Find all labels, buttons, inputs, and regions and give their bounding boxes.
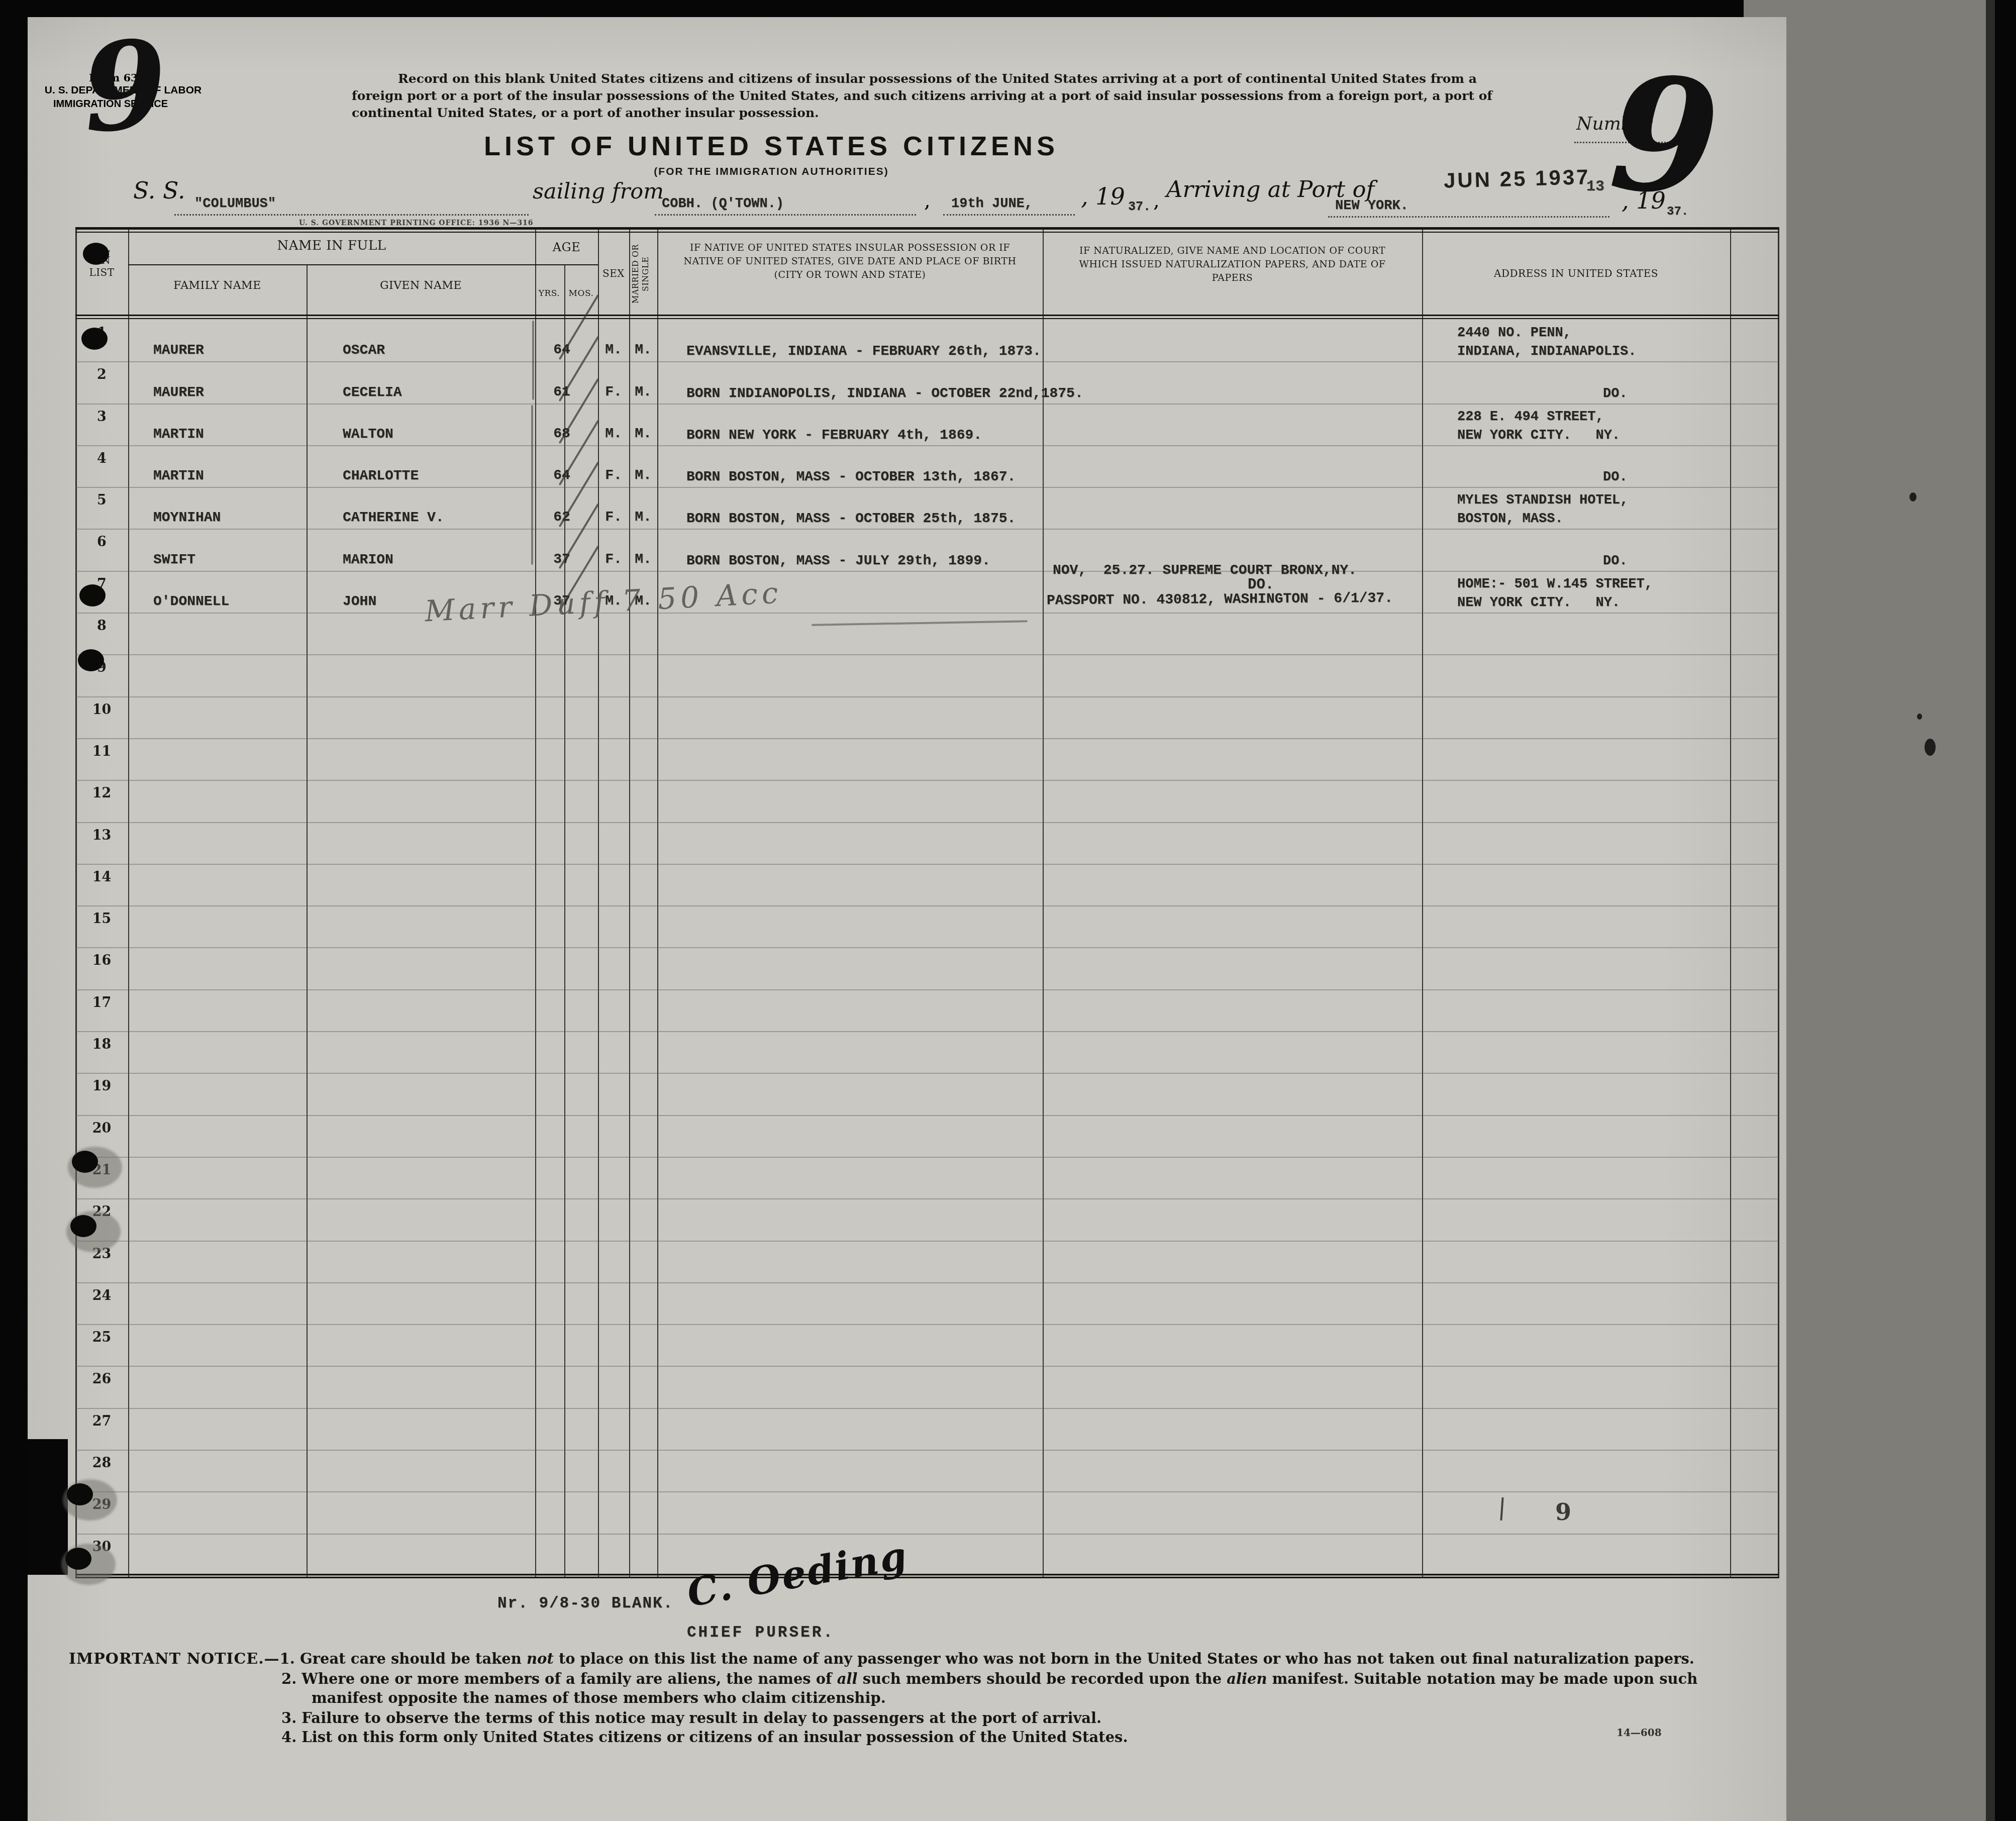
departure-underline	[655, 214, 916, 216]
cell-sex: F.	[598, 362, 629, 403]
cell-birth	[657, 739, 1043, 780]
table-row-number: 4	[75, 446, 128, 487]
cell-birth-value: BORN BOSTON, MASS - JULY 29th, 1899.	[686, 553, 990, 569]
table-row: 30	[75, 1535, 1779, 1576]
cell-birth	[657, 1325, 1043, 1366]
cell-birth	[657, 948, 1043, 989]
cell-extra	[1730, 655, 1779, 696]
cell-address	[1422, 865, 1730, 905]
cell-married-single	[629, 906, 657, 947]
cell-extra	[1730, 1492, 1779, 1533]
cell-sex	[598, 1242, 629, 1282]
page-title: LIST OF UNITED STATES CITIZENS	[457, 131, 1085, 162]
table-row-number: 2	[75, 362, 128, 403]
cell-naturalization	[1043, 362, 1422, 403]
table-rows: 1MAUREROSCAR64M.M.EVANSVILLE, INDIANA - …	[75, 321, 1779, 1576]
cell-married-single-value: M.	[635, 342, 652, 358]
cell-address	[1422, 1409, 1730, 1450]
cell-address	[1422, 739, 1730, 780]
cell-family-name-value: MAURER	[153, 343, 204, 359]
cell-given-name	[307, 906, 535, 947]
cell-given-name-value: OSCAR	[343, 343, 385, 359]
header-birth: IF NATIVE OF UNITED STATES INSULAR POSSE…	[672, 241, 1028, 282]
table-row: 17	[75, 990, 1779, 1032]
cell-given-name	[307, 823, 535, 864]
cell-given-name-value: CHARLOTTE	[343, 468, 419, 484]
table-row: 4MARTINCHARLOTTE64F.M.BORN BOSTON, MASS …	[75, 446, 1779, 488]
cell-naturalization	[1043, 948, 1422, 989]
table-row-number: 10	[75, 697, 128, 738]
cell-sex-value: F.	[605, 384, 622, 400]
cell-family-name	[128, 1283, 307, 1324]
cell-sex	[598, 1451, 629, 1491]
cell-sex-value: F.	[605, 552, 622, 568]
cell-married-single: M.	[629, 488, 657, 529]
header-mid-rule	[128, 264, 598, 265]
cell-address	[1422, 1283, 1730, 1324]
cell-naturalization	[1043, 321, 1422, 361]
punch-hole	[67, 1483, 93, 1505]
cell-given-name-value: WALTON	[343, 427, 393, 443]
cell-age-mos	[564, 1199, 598, 1240]
notice-item: 3. Failure to observe the terms of this …	[281, 1708, 1101, 1728]
punch-hole	[78, 649, 104, 671]
header-naturalization: IF NATURALIZED, GIVE NAME AND LOCATION O…	[1063, 244, 1402, 285]
cell-given-name	[307, 1074, 535, 1115]
cell-birth: BORN BOSTON, MASS - OCTOBER 25th, 1875.	[657, 488, 1043, 529]
cell-sex	[598, 1074, 629, 1115]
cell-given-name: WALTON	[307, 404, 535, 445]
table-row: 12	[75, 781, 1779, 823]
cell-naturalization	[1043, 781, 1422, 822]
cell-family-name	[128, 614, 307, 654]
cell-age-mos	[564, 1158, 598, 1198]
cell-extra	[1730, 906, 1779, 947]
table-row: 20	[75, 1116, 1779, 1158]
cell-given-name: MARION	[307, 530, 535, 570]
table-row-number: 18	[75, 1032, 128, 1073]
cell-family-name	[128, 1409, 307, 1450]
cell-sex	[598, 1492, 629, 1533]
cell-family-name-value: MOYNIHAN	[153, 510, 221, 526]
header-sex: SEX	[598, 267, 629, 279]
cell-sex-value: M.	[605, 342, 622, 358]
table-row-number: 25	[75, 1325, 128, 1366]
cell-birth-value: BORN BOSTON, MASS - OCTOBER 25th, 1875.	[686, 511, 1016, 527]
table-row-number: 26	[75, 1367, 128, 1407]
cell-extra	[1730, 1074, 1779, 1115]
cell-extra	[1730, 948, 1779, 989]
cell-family-name: MAURER	[128, 321, 307, 361]
cell-family-name	[128, 865, 307, 905]
cell-given-name-value: CECELIA	[343, 385, 402, 401]
cell-given-name	[307, 1367, 535, 1407]
header-bottom-rule-2	[75, 318, 1779, 319]
cell-address-value: BOSTON, MASS.	[1457, 510, 1563, 529]
table-row: 3MARTINWALTON68M.M.BORN NEW YORK - FEBRU…	[75, 404, 1779, 446]
table-bottom-rule-2	[75, 1577, 1779, 1578]
notice-text: 4. List on this form only United States …	[281, 1729, 1128, 1746]
table-row: 21	[75, 1158, 1779, 1199]
header-married-or-single: MARRIED OR SINGLE	[631, 236, 657, 312]
cell-address	[1422, 1492, 1730, 1533]
cell-sex	[598, 781, 629, 822]
cell-birth	[657, 906, 1043, 947]
cell-address: MYLES STANDISH HOTEL,BOSTON, MASS.	[1422, 488, 1730, 529]
cell-age-mos	[564, 655, 598, 696]
header-given-name: GIVEN NAME	[307, 279, 535, 292]
cell-married-single	[629, 823, 657, 864]
cell-address	[1422, 614, 1730, 654]
cell-given-name	[307, 1116, 535, 1157]
cell-birth-value: BORN NEW YORK - FEBRUARY 4th, 1869.	[686, 428, 982, 444]
cell-naturalization	[1043, 1283, 1422, 1324]
cell-married-single	[629, 1158, 657, 1198]
comma-2: ,	[1153, 189, 1160, 212]
notice-text: all	[837, 1670, 858, 1687]
cell-address	[1422, 1535, 1730, 1575]
cell-naturalization	[1043, 1116, 1422, 1157]
cell-age-mos	[564, 1074, 598, 1115]
cell-birth	[657, 1158, 1043, 1198]
cell-birth	[657, 1242, 1043, 1282]
cell-birth	[657, 1074, 1043, 1115]
comma-1: ,	[924, 189, 931, 212]
cell-family-name	[128, 655, 307, 696]
cell-family-name	[128, 1492, 307, 1533]
cell-age-mos	[564, 1325, 598, 1366]
cell-family-name	[128, 948, 307, 989]
cell-age-mos	[564, 865, 598, 905]
cell-given-name	[307, 1242, 535, 1282]
table-row-number: 11	[75, 739, 128, 780]
cell-address	[1422, 1116, 1730, 1157]
ship-underline	[174, 214, 529, 216]
cell-naturalization	[1043, 446, 1422, 487]
table-row-number: 8	[75, 614, 128, 654]
cell-given-name-value: JOHN	[343, 594, 376, 610]
table-row-number: 19	[75, 1074, 128, 1115]
cell-address	[1422, 1158, 1730, 1198]
cell-naturalization	[1043, 1242, 1422, 1282]
table-row-number: 27	[75, 1409, 128, 1450]
cell-age-mos	[564, 1535, 598, 1575]
notice-item: IMPORTANT NOTICE.—1. Great care should b…	[69, 1649, 1694, 1669]
cell-address: 2440 NO. PENN,INDIANA, INDIANAPOLIS.	[1422, 321, 1730, 361]
cell-family-name-value: SWIFT	[153, 552, 195, 568]
table-row-number: 5	[75, 488, 128, 529]
departure-port: COBH. (Q'TOWN.)	[662, 196, 784, 212]
cell-given-name	[307, 990, 535, 1031]
cell-birth	[657, 1199, 1043, 1240]
cell-extra	[1730, 823, 1779, 864]
cell-birth	[657, 614, 1043, 654]
cell-extra	[1730, 572, 1779, 613]
cell-sex	[598, 1367, 629, 1407]
cell-family-name	[128, 697, 307, 738]
cell-given-name	[307, 655, 535, 696]
cell-extra	[1730, 614, 1779, 654]
cell-birth	[657, 1409, 1043, 1450]
table-top-rule	[75, 227, 1779, 230]
cell-married-single: M.	[629, 404, 657, 445]
cell-sex	[598, 1535, 629, 1575]
cell-given-name	[307, 1199, 535, 1240]
cell-address: DO.	[1422, 530, 1730, 570]
cell-given-name	[307, 1158, 535, 1198]
table-row: 1MAUREROSCAR64M.M.EVANSVILLE, INDIANA - …	[75, 321, 1779, 362]
cell-given-name	[307, 1283, 535, 1324]
cell-sex: F.	[598, 488, 629, 529]
punch-hole	[79, 584, 106, 606]
table-row: 19	[75, 1074, 1779, 1116]
cell-married-single-value: M.	[635, 384, 652, 400]
page-subtitle: (FOR THE IMMIGRATION AUTHORITIES)	[457, 166, 1085, 178]
cell-married-single	[629, 1451, 657, 1491]
cell-address	[1422, 781, 1730, 822]
date-underline	[943, 214, 1075, 216]
table-row: 6SWIFTMARION37F.M.BORN BOSTON, MASS - JU…	[75, 530, 1779, 571]
cell-sex	[598, 1158, 629, 1198]
cell-address	[1422, 1367, 1730, 1407]
notice-label: IMPORTANT NOTICE.—	[69, 1650, 280, 1668]
cell-family-name	[128, 1451, 307, 1491]
cell-age-mos	[564, 948, 598, 989]
cell-address	[1422, 1032, 1730, 1073]
cell-address	[1422, 990, 1730, 1031]
cell-married-single	[629, 655, 657, 696]
naturalization-passport-line: PASSPORT NO. 430812, WASHINGTON - 6/1/37…	[1047, 591, 1393, 610]
cell-married-single: M.	[629, 446, 657, 487]
cell-age-mos	[564, 1032, 598, 1073]
cell-sex	[598, 1199, 629, 1240]
cell-given-name: CHARLOTTE	[307, 446, 535, 487]
printing-office-note: U. S. GOVERNMENT PRINTING OFFICE: 1936 N…	[299, 219, 534, 227]
notice-item: 4. List on this form only United States …	[281, 1728, 1128, 1747]
table-row: 7O'DONNELLJOHN37M.M.HOME:- 501 W.145 STR…	[75, 572, 1779, 614]
cell-extra	[1730, 1409, 1779, 1450]
cell-extra	[1730, 1158, 1779, 1198]
notice-text: 3. Failure to observe the terms of this …	[281, 1709, 1101, 1727]
bottom-stamp-number: 9	[1555, 1498, 1571, 1526]
pencil-bracket-1	[532, 321, 534, 400]
cell-address	[1422, 906, 1730, 947]
cell-extra	[1730, 1325, 1779, 1366]
table-row: 13	[75, 823, 1779, 865]
cell-naturalization	[1043, 1158, 1422, 1198]
cell-address	[1422, 948, 1730, 989]
cell-family-name: O'DONNELL	[128, 572, 307, 613]
cell-birth-value: EVANSVILLE, INDIANA - FEBRUARY 26th, 187…	[686, 344, 1041, 360]
notice-text: to place on this list the name of any pa…	[554, 1650, 1694, 1667]
cell-age-mos	[564, 906, 598, 947]
table-row: 5MOYNIHANCATHERINE V.62F.M.BORN BOSTON, …	[75, 488, 1779, 530]
cell-birth: BORN BOSTON, MASS - JULY 29th, 1899.	[657, 530, 1043, 570]
cell-sex: F.	[598, 530, 629, 570]
cell-age-mos	[564, 1451, 598, 1491]
cell-family-name	[128, 1074, 307, 1115]
cell-given-name	[307, 1492, 535, 1533]
punch-hole	[81, 328, 108, 350]
cell-naturalization	[1043, 739, 1422, 780]
cell-married-single-value: M.	[635, 510, 652, 526]
cell-married-single	[629, 1116, 657, 1157]
cell-extra	[1730, 446, 1779, 487]
cell-married-single-value: M.	[635, 552, 652, 568]
cell-sex	[598, 614, 629, 654]
cell-age-mos	[564, 1283, 598, 1324]
departure-year-printed: , 19	[1081, 183, 1125, 210]
cell-married-single-value: M.	[635, 468, 652, 484]
table-row: 9	[75, 655, 1779, 697]
cell-married-single	[629, 1242, 657, 1282]
cell-sex	[598, 1032, 629, 1073]
cell-family-name: MARTIN	[128, 404, 307, 445]
table-row-number: 6	[75, 530, 128, 570]
table-row-number: 12	[75, 781, 128, 822]
cell-naturalization	[1043, 906, 1422, 947]
cell-married-single	[629, 1199, 657, 1240]
cell-family-name-value: O'DONNELL	[153, 594, 229, 610]
notice-text: 1. Great care should be taken	[280, 1650, 527, 1667]
cell-given-name	[307, 1451, 535, 1491]
signature-title: CHIEF PURSER.	[687, 1625, 835, 1641]
cell-given-name: CECELIA	[307, 362, 535, 403]
cell-age-mos	[564, 739, 598, 780]
cell-address: DO.	[1422, 446, 1730, 487]
cell-sex	[598, 990, 629, 1031]
cell-birth	[657, 1367, 1043, 1407]
cell-naturalization	[1043, 1451, 1422, 1491]
cell-age-mos	[564, 1116, 598, 1157]
cell-extra	[1730, 1451, 1779, 1491]
cell-naturalization	[1043, 697, 1422, 738]
cell-address-value: DO.	[1603, 385, 1628, 403]
notice-text: not	[527, 1650, 554, 1667]
table-row-number: 15	[75, 906, 128, 947]
table-row: 28	[75, 1451, 1779, 1492]
table-row-number: 14	[75, 865, 128, 905]
table-row: 16	[75, 948, 1779, 990]
cell-address	[1422, 1074, 1730, 1115]
cell-address	[1422, 1242, 1730, 1282]
punch-hole	[70, 1215, 96, 1237]
cell-family-name	[128, 1116, 307, 1157]
cell-address-value: INDIANA, INDIANAPOLIS.	[1457, 343, 1636, 361]
cell-naturalization	[1043, 865, 1422, 905]
cell-given-name-value: CATHERINE V.	[343, 510, 444, 526]
cell-address-value: 228 E. 494 STREET,	[1457, 408, 1604, 427]
cell-birth	[657, 781, 1043, 822]
ship-name: "COLUMBUS"	[194, 196, 276, 212]
cell-sex	[598, 948, 629, 989]
cell-naturalization	[1043, 1535, 1422, 1575]
cell-given-name	[307, 781, 535, 822]
table-row: 26	[75, 1367, 1779, 1408]
table-row: 11	[75, 739, 1779, 781]
cell-sex-value: F.	[605, 510, 622, 526]
arrival-year-printed: , 19	[1622, 187, 1666, 214]
arrival-date-stamp: JUN 25 1937	[1443, 165, 1590, 193]
cell-family-name: MARTIN	[128, 446, 307, 487]
cell-married-single	[629, 1325, 657, 1366]
table-row: 23	[75, 1242, 1779, 1283]
notice-text: such members should be recorded upon the	[858, 1670, 1227, 1687]
cell-birth: BORN NEW YORK - FEBRUARY 4th, 1869.	[657, 404, 1043, 445]
cell-sex	[598, 655, 629, 696]
scanned-manifest-page: { "form": { "form_number": "Form 630 A",…	[0, 0, 2016, 1821]
header-address: ADDRESS IN UNITED STATES	[1422, 267, 1730, 279]
cell-sex	[598, 1409, 629, 1450]
cell-birth	[657, 823, 1043, 864]
punch-hole	[65, 1548, 91, 1570]
cell-sex: M.	[598, 404, 629, 445]
cell-extra	[1730, 1032, 1779, 1073]
cell-family-name	[128, 739, 307, 780]
notice-text: 2. Where one or more members of a family…	[281, 1670, 837, 1687]
cell-family-name: MAURER	[128, 362, 307, 403]
cell-family-name	[128, 1158, 307, 1198]
cell-birth: EVANSVILLE, INDIANA - FEBRUARY 26th, 187…	[657, 321, 1043, 361]
cell-naturalization	[1043, 1199, 1422, 1240]
header-age: AGE	[535, 240, 598, 254]
cell-given-name	[307, 948, 535, 989]
cell-married-single	[629, 614, 657, 654]
cell-extra	[1730, 321, 1779, 361]
cell-address-value: DO.	[1603, 552, 1628, 571]
cell-address-value: HOME:- 501 W.145 STREET,	[1457, 575, 1653, 594]
handwritten-page-number: 9	[79, 23, 171, 149]
cell-address-value: NEW YORK CITY. NY.	[1457, 594, 1620, 613]
cell-married-single: M.	[629, 530, 657, 570]
torn-edge	[28, 1439, 68, 1575]
cell-family-name: SWIFT	[128, 530, 307, 570]
cell-address	[1422, 1199, 1730, 1240]
cell-family-name	[128, 1242, 307, 1282]
cell-extra	[1730, 865, 1779, 905]
cell-birth	[657, 990, 1043, 1031]
cell-naturalization	[1043, 1325, 1422, 1366]
table-top-rule-2	[75, 232, 1779, 233]
cell-sex	[598, 1325, 629, 1366]
cell-address	[1422, 1451, 1730, 1491]
cell-naturalization	[1043, 1074, 1422, 1115]
cell-given-name	[307, 697, 535, 738]
cell-extra	[1730, 404, 1779, 445]
cell-family-name	[128, 1535, 307, 1575]
table-row-number: 16	[75, 948, 128, 989]
cell-address	[1422, 697, 1730, 738]
cell-birth: BORN BOSTON, MASS - OCTOBER 13th, 1867.	[657, 446, 1043, 487]
cell-birth	[657, 655, 1043, 696]
cell-extra	[1730, 1535, 1779, 1575]
notice-text: alien	[1227, 1670, 1267, 1687]
pencil-bracket-2	[531, 405, 533, 565]
ss-label: S. S.	[133, 177, 185, 204]
cell-sex	[598, 865, 629, 905]
cell-address	[1422, 1325, 1730, 1366]
table-row-number: 17	[75, 990, 128, 1031]
cell-naturalization	[1043, 404, 1422, 445]
cell-extra	[1730, 739, 1779, 780]
table-row: 29	[75, 1492, 1779, 1534]
cell-married-single	[629, 1409, 657, 1450]
cell-address: HOME:- 501 W.145 STREET,NEW YORK CITY. N…	[1422, 572, 1730, 613]
cell-sex	[598, 1283, 629, 1324]
cell-sex	[598, 739, 629, 780]
cell-given-name	[307, 865, 535, 905]
cell-extra	[1730, 1242, 1779, 1282]
